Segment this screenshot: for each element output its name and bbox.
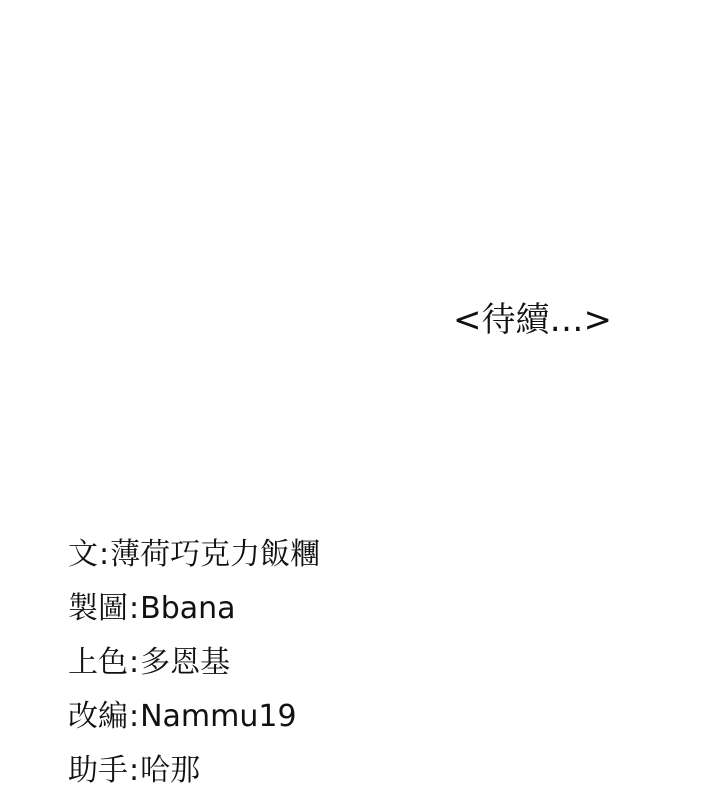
credit-role: 助手 xyxy=(68,753,128,788)
credit-separator: : xyxy=(128,753,140,788)
credit-name: 哈那 xyxy=(140,753,200,788)
credit-assistant: 助手:哈那 xyxy=(68,748,320,800)
credit-name: Bbana xyxy=(140,591,235,626)
credit-role: 文 xyxy=(68,537,98,572)
credits-block: 文:薄荷巧克力飯糰 製圖:Bbana 上色:多恩基 改編:Nammu19 助手:… xyxy=(68,532,320,800)
credit-role: 製圖 xyxy=(68,591,128,626)
credit-adaptation: 改編:Nammu19 xyxy=(68,694,320,748)
credit-name: Nammu19 xyxy=(140,699,296,734)
credit-separator: : xyxy=(128,645,140,680)
credit-name: 薄荷巧克力飯糰 xyxy=(110,537,320,572)
credit-role: 改編 xyxy=(68,699,128,734)
credit-writer: 文:薄荷巧克力飯糰 xyxy=(68,532,320,586)
credit-separator: : xyxy=(128,699,140,734)
credit-colorist: 上色:多恩基 xyxy=(68,640,320,694)
comic-end-page: <待續…> 文:薄荷巧克力飯糰 製圖:Bbana 上色:多恩基 改編:Nammu… xyxy=(0,0,720,800)
credit-separator: : xyxy=(128,591,140,626)
credit-artist: 製圖:Bbana xyxy=(68,586,320,640)
to-be-continued-text: <待續…> xyxy=(453,300,612,340)
credit-role: 上色 xyxy=(68,645,128,680)
credit-name: 多恩基 xyxy=(140,645,230,680)
credit-separator: : xyxy=(98,537,110,572)
